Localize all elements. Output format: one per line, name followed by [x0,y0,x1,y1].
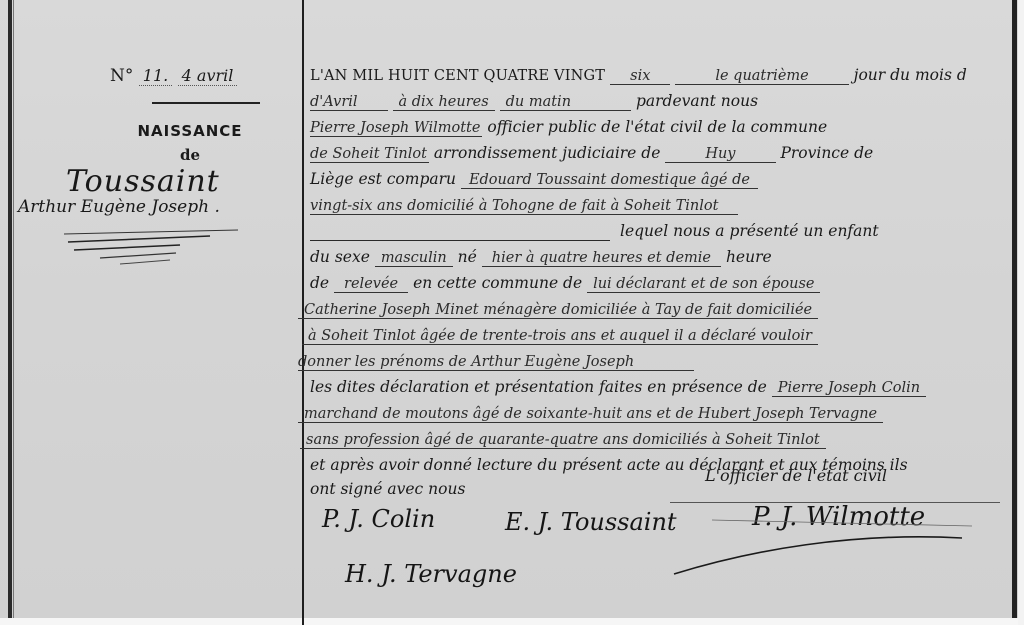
page-left-edge [8,0,12,618]
scan-right-margin [1018,0,1024,625]
child-surname: Toussaint [66,164,286,199]
printed-day-of-month: jour du mois d [854,66,967,84]
fill-given-names: donner les prénoms de Arthur Eugène Jose… [298,354,694,371]
officer-paraph [672,510,972,580]
act-line-15: sans profession âgé de quarante-quatre a… [300,428,990,452]
fill-mother-age: à Soheit Tinlot âgée de trente-trois ans… [302,328,818,345]
printed-opening: L'AN MIL HUIT CENT QUATRE VINGT [310,68,605,84]
act-line-9: de relevée en cette commune de lui décla… [310,272,1000,296]
fill-time-of-day: du matin [500,94,631,111]
fill-month: d'Avril [310,94,388,111]
act-line-2: d'Avril à dix heures du matin pardevant … [310,90,1000,114]
printed-officier-public: officier public de l'état civil de la co… [487,118,827,136]
printed-presence: les dites déclaration et présentation fa… [310,378,767,396]
officer-signoff: L'officier de l'état civil [705,466,887,485]
heading-rule [152,102,260,104]
fill-birth-time: hier à quatre heures et demie [482,250,721,267]
blank-rule [310,240,610,241]
act-line-11: à Soheit Tinlot âgée de trente-trois ans… [302,324,992,348]
act-line-8: du sexe masculin né hier à quatre heures… [310,246,1000,270]
fill-witness-1: Pierre Joseph Colin [772,380,926,397]
pen-flourish [60,228,240,268]
scan-bottom-margin [0,618,1024,625]
printed-de: de [310,274,329,292]
act-line-6: vingt-six ans domicilié à Tohogne de fai… [310,194,1000,218]
fill-arrondissement: Huy [665,146,775,163]
printed-ont-signe: ont signé avec nous [310,480,465,498]
act-line-1: L'AN MIL HUIT CENT QUATRE VINGT six le q… [310,64,1000,88]
fill-sex: masculin [375,250,453,267]
act-line-16: et après avoir donné lecture du présent … [310,454,1000,478]
number-date: 4 avril [178,66,238,86]
printed-ne: né [458,248,477,266]
printed-heure: heure [726,248,772,266]
record-number: N° 11. 4 avril [110,66,300,94]
act-line-17: ont signé avec nous [310,478,1000,502]
fill-commune: de Soheit Tinlot [310,146,429,163]
printed-sexe: du sexe [310,248,370,266]
act-line-13: les dites déclaration et présentation fa… [310,376,1000,400]
printed-lequel: lequel nous a présenté un enfant [620,222,879,240]
act-line-4: de Soheit Tinlot arrondissement judiciai… [310,142,1000,166]
signature-witness-2: H. J. Tervagne [345,560,517,588]
act-line-10: Catherine Joseph Minet ménagère domicili… [298,298,988,322]
number-prefix: N° [110,66,133,86]
printed-cette-commune: en cette commune de [413,274,582,292]
fill-parentage: lui déclarant et de son épouse [587,276,820,293]
child-given-names: Arthur Eugène Joseph . [18,197,288,217]
page-right-edge [1012,0,1017,618]
printed-liege-comparu: Liège est comparu [310,170,456,188]
fill-declarant: Edouard Toussaint domestique âgé de [461,172,758,189]
number-value: 11. [139,66,172,86]
signature-declarant: E. J. Toussaint [505,508,677,536]
printed-arrondissement: arrondissement judiciaire de [434,144,660,162]
fill-declarant-age-domicile: vingt-six ans domicilié à Tohogne de fai… [310,198,738,215]
act-line-12: donner les prénoms de Arthur Eugène Jose… [298,350,988,374]
signature-witness-1: P. J. Colin [322,505,435,533]
fill-officer-name: Pierre Joseph Wilmotte [310,120,482,137]
fill-witness-1-details: marchand de moutons âgé de soixante-huit… [298,406,883,423]
page-left-edge-inner [13,0,14,618]
act-line-14: marchand de moutons âgé de soixante-huit… [298,402,988,426]
fill-year: six [610,68,670,85]
printed-province: Province de [780,144,873,162]
act-line-5: Liège est comparu Edouard Toussaint dome… [310,168,1000,192]
record-type-heading: NAISSANCE [100,122,280,140]
act-line-7: lequel nous a présenté un enfant [620,220,1024,244]
fill-relevee: relevée [334,276,408,293]
fill-witness-2-details: sans profession âgé de quarante-quatre a… [300,432,826,449]
heading-de: de [100,146,280,164]
fill-hour: à dix heures [393,94,495,111]
act-line-3: Pierre Joseph Wilmotte officier public d… [310,116,1000,140]
printed-pardevant: pardevant nous [636,92,758,110]
fill-day: le quatrième [675,68,848,85]
fill-mother: Catherine Joseph Minet ménagère domicili… [298,302,818,319]
